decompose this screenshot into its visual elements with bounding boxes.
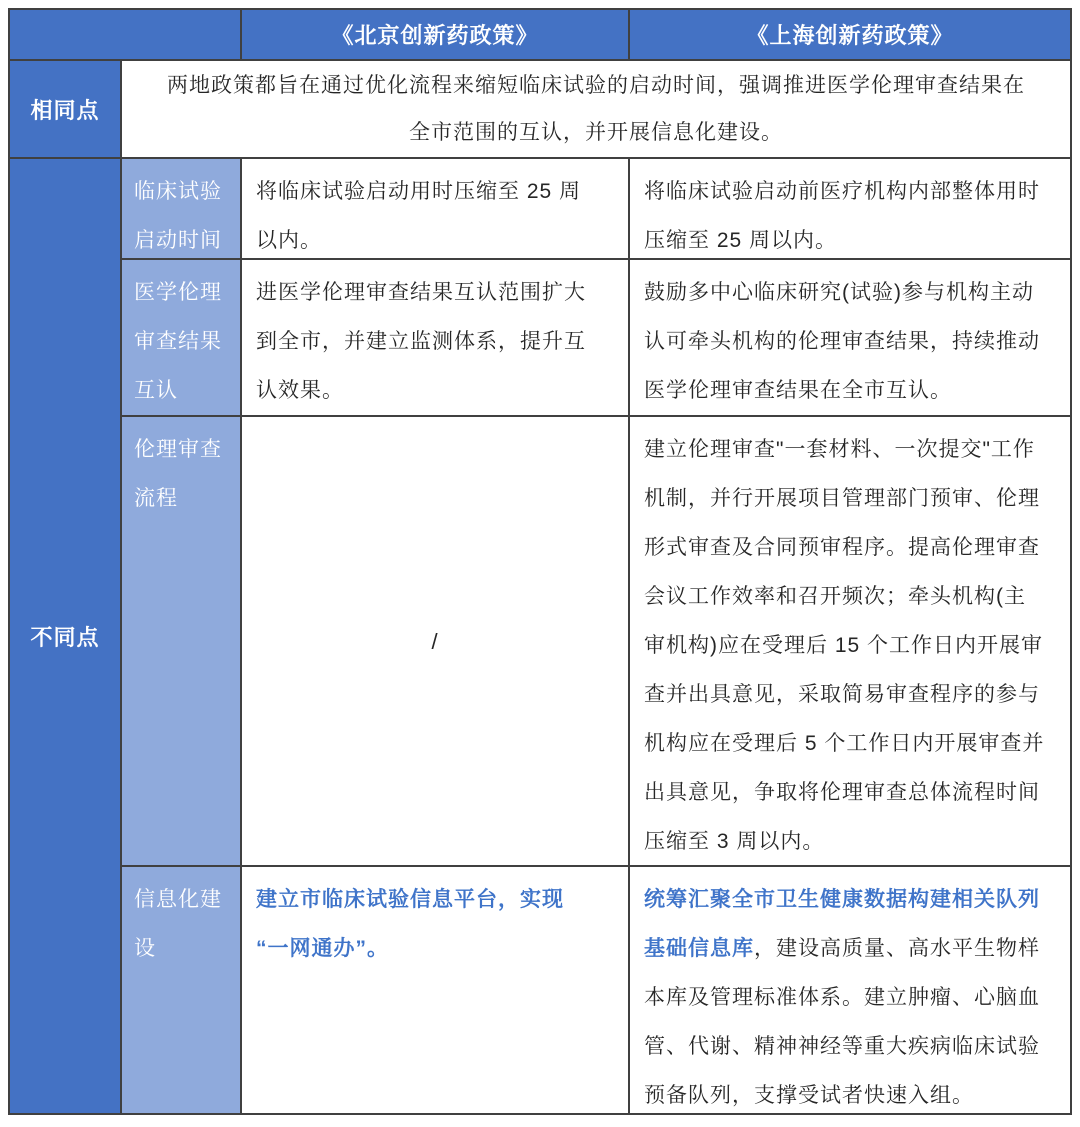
shanghai-cell-trial-start-time: 将临床试验启动前医疗机构内部整体用时 压缩至 25 周以内。 [630,159,1070,258]
same-section-content: 两地政策都旨在通过优化流程来缩短临床试验的启动时间，强调推进医学伦理审查结果在 … [122,61,1070,157]
beijing-cell-ethics-review-process-slash: / [242,417,628,865]
category-trial-start-time: 临床试验 启动时间 [122,159,240,258]
header-corner-cell [10,10,240,59]
same-section-label: 相同点 [10,61,120,157]
shanghai-cell-ethics-mutual-recognition: 鼓励多中心临床研究(试验)参与机构主动 认可牵头机构的伦理审查结果，持续推动 医… [630,260,1070,415]
category-ethics-mutual-recognition: 医学伦理 审查结果 互认 [122,260,240,415]
shanghai-cell-informatization: 统筹汇聚全市卫生健康数据构建相关队列 基础信息库，建设高质量、高水平生物样 本库… [630,867,1070,1113]
shanghai-cell-ethics-review-process: 建立伦理审查"一套材料、一次提交"工作 机制，并行开展项目管理部门预审、伦理 形… [630,417,1070,865]
category-informatization: 信息化建 设 [122,867,240,1113]
beijing-cell-trial-start-time: 将临床试验启动用时压缩至 25 周 以内。 [242,159,628,258]
policy-comparison-table: 《北京创新药政策》 《上海创新药政策》 相同点 两地政策都旨在通过优化流程来缩短… [8,8,1072,1115]
beijing-cell-informatization: 建立市临床试验信息平台，实现 “一网通办”。 [242,867,628,1113]
header-beijing-policy: 《北京创新药政策》 [242,10,628,59]
beijing-cell-ethics-mutual-recognition: 进医学伦理审查结果互认范围扩大 到全市，并建立监测体系，提升互 认效果。 [242,260,628,415]
header-shanghai-policy: 《上海创新药政策》 [630,10,1070,59]
diff-section-label: 不同点 [10,159,120,1113]
category-ethics-review-process: 伦理审查 流程 [122,417,240,865]
policy-comparison-page: 《北京创新药政策》 《上海创新药政策》 相同点 两地政策都旨在通过优化流程来缩短… [0,0,1080,1127]
